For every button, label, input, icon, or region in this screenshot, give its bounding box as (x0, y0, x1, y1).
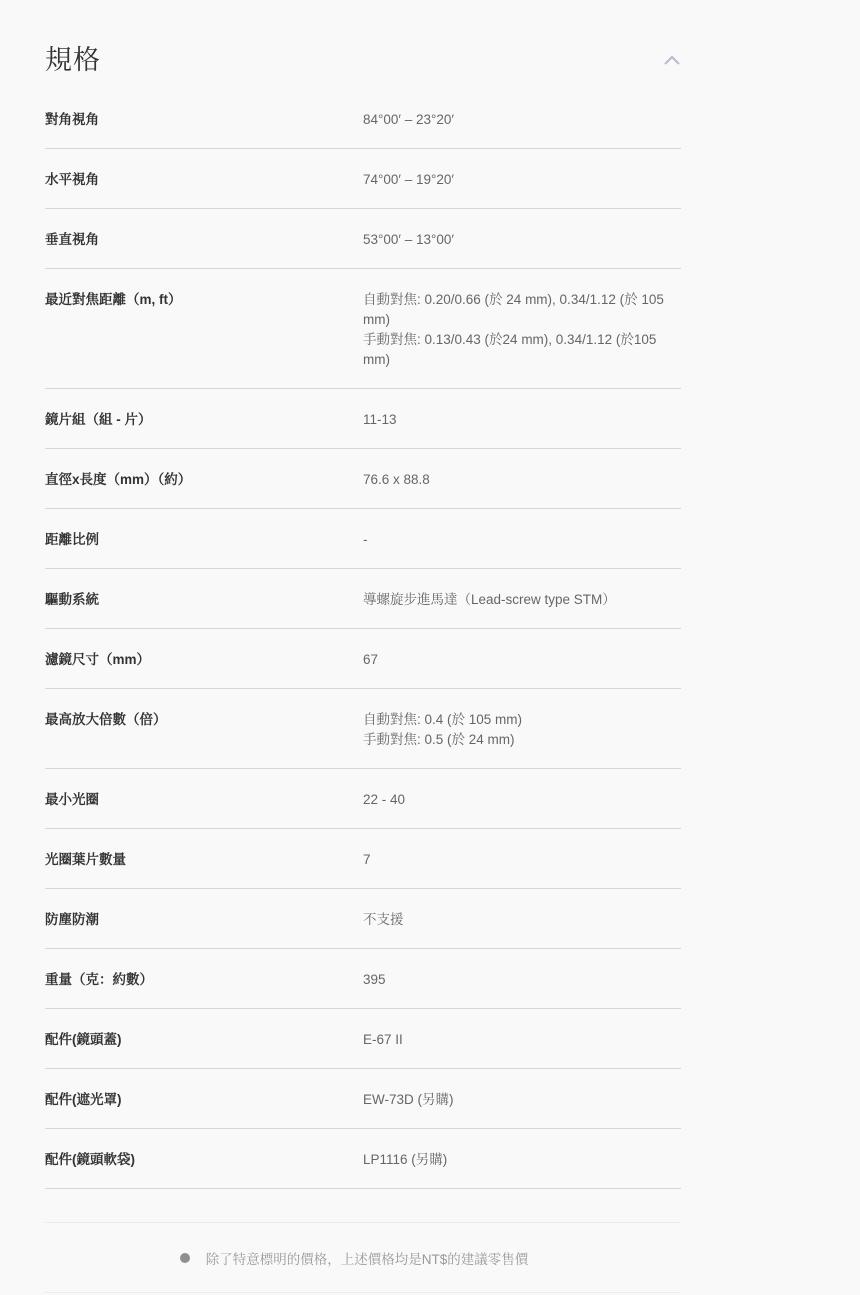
disclaimer-text: 除了特意標明的價格，上述價格均是NT$的建議零售價 (206, 1248, 529, 1268)
spec-value: E-67 II (363, 1030, 681, 1050)
spec-label: 距離比例 (45, 530, 363, 550)
bullet-icon (180, 1253, 190, 1263)
spec-row-lens-construction: 鏡片組（組 - 片） 11-13 (45, 389, 681, 449)
spec-label: 配件(鏡頭軟袋) (45, 1150, 363, 1170)
spec-value: 自動對焦: 0.20/0.66 (於 24 mm), 0.34/1.12 (於 … (363, 290, 681, 370)
spec-label: 直徑x長度（mm）（約） (45, 470, 363, 490)
spec-value: 11-13 (363, 410, 681, 430)
spec-value: 7 (363, 850, 681, 870)
spec-label: 濾鏡尺寸（mm） (45, 650, 363, 670)
spec-value: 76.6 x 88.8 (363, 470, 681, 490)
spec-row-weight: 重量（克：約數） 395 (45, 949, 681, 1009)
spec-label: 防塵防潮 (45, 910, 363, 930)
spec-row-vertical-angle: 垂直視角 53°00′ – 13°00′ (45, 209, 681, 269)
chevron-up-icon[interactable] (663, 53, 681, 67)
spec-row-drive-system: 驅動系統 導螺旋步進馬達（Lead-screw type STM） (45, 569, 681, 629)
spec-row-lens-hood: 配件(遮光罩) EW-73D (另購) (45, 1069, 681, 1129)
spec-row-min-aperture: 最小光圈 22 - 40 (45, 769, 681, 829)
spec-label: 最高放大倍數（倍） (45, 710, 363, 750)
spec-row-diagonal-angle: 對角視角 84°00′ – 23°20′ (45, 89, 681, 149)
specs-header[interactable]: 規格 (45, 0, 681, 89)
spec-label: 垂直視角 (45, 230, 363, 250)
spec-label: 鏡片組（組 - 片） (45, 410, 363, 430)
spec-row-lens-case: 配件(鏡頭軟袋) LP1116 (另購) (45, 1129, 681, 1189)
spec-row-aperture-blades: 光圈葉片數量 7 (45, 829, 681, 889)
spec-label: 最小光圈 (45, 790, 363, 810)
spec-label: 配件(遮光罩) (45, 1090, 363, 1110)
spec-value: 導螺旋步進馬達（Lead-screw type STM） (363, 590, 681, 610)
spec-row-dimensions: 直徑x長度（mm）（約） 76.6 x 88.8 (45, 449, 681, 509)
spec-label: 重量（克：約數） (45, 970, 363, 990)
spec-value: 不支援 (363, 910, 681, 930)
spec-row-min-focus-distance: 最近對焦距離（m, ft） 自動對焦: 0.20/0.66 (於 24 mm),… (45, 269, 681, 389)
spec-label: 水平視角 (45, 170, 363, 190)
spec-label: 配件(鏡頭蓋) (45, 1030, 363, 1050)
spec-value: - (363, 530, 681, 550)
spec-value: 84°00′ – 23°20′ (363, 110, 681, 130)
spec-row-max-magnification: 最高放大倍數（倍） 自動對焦: 0.4 (於 105 mm) 手動對焦: 0.5… (45, 689, 681, 769)
spec-value: LP1116 (另購) (363, 1150, 681, 1170)
spec-value: 自動對焦: 0.4 (於 105 mm) 手動對焦: 0.5 (於 24 mm) (363, 710, 681, 750)
spec-value: 67 (363, 650, 681, 670)
specifications-section: 規格 對角視角 84°00′ – 23°20′ 水平視角 74°00′ – 19… (45, 0, 681, 1189)
price-disclaimer: 除了特意標明的價格，上述價格均是NT$的建議零售價 (45, 1222, 681, 1293)
spec-value: 74°00′ – 19°20′ (363, 170, 681, 190)
spec-value: 395 (363, 970, 681, 990)
spec-list: 對角視角 84°00′ – 23°20′ 水平視角 74°00′ – 19°20… (45, 89, 681, 1189)
spec-row-lens-cap: 配件(鏡頭蓋) E-67 II (45, 1009, 681, 1069)
spec-row-distance-scale: 距離比例 - (45, 509, 681, 569)
spec-value: 22 - 40 (363, 790, 681, 810)
spec-value: EW-73D (另購) (363, 1090, 681, 1110)
spec-row-weather-sealing: 防塵防潮 不支援 (45, 889, 681, 949)
spec-row-horizontal-angle: 水平視角 74°00′ – 19°20′ (45, 149, 681, 209)
spec-value: 53°00′ – 13°00′ (363, 230, 681, 250)
section-title: 規格 (45, 42, 101, 78)
spec-row-filter-size: 濾鏡尺寸（mm） 67 (45, 629, 681, 689)
spec-label: 光圈葉片數量 (45, 850, 363, 870)
spec-label: 對角視角 (45, 110, 363, 130)
spec-label: 驅動系統 (45, 590, 363, 610)
spec-label: 最近對焦距離（m, ft） (45, 290, 363, 370)
